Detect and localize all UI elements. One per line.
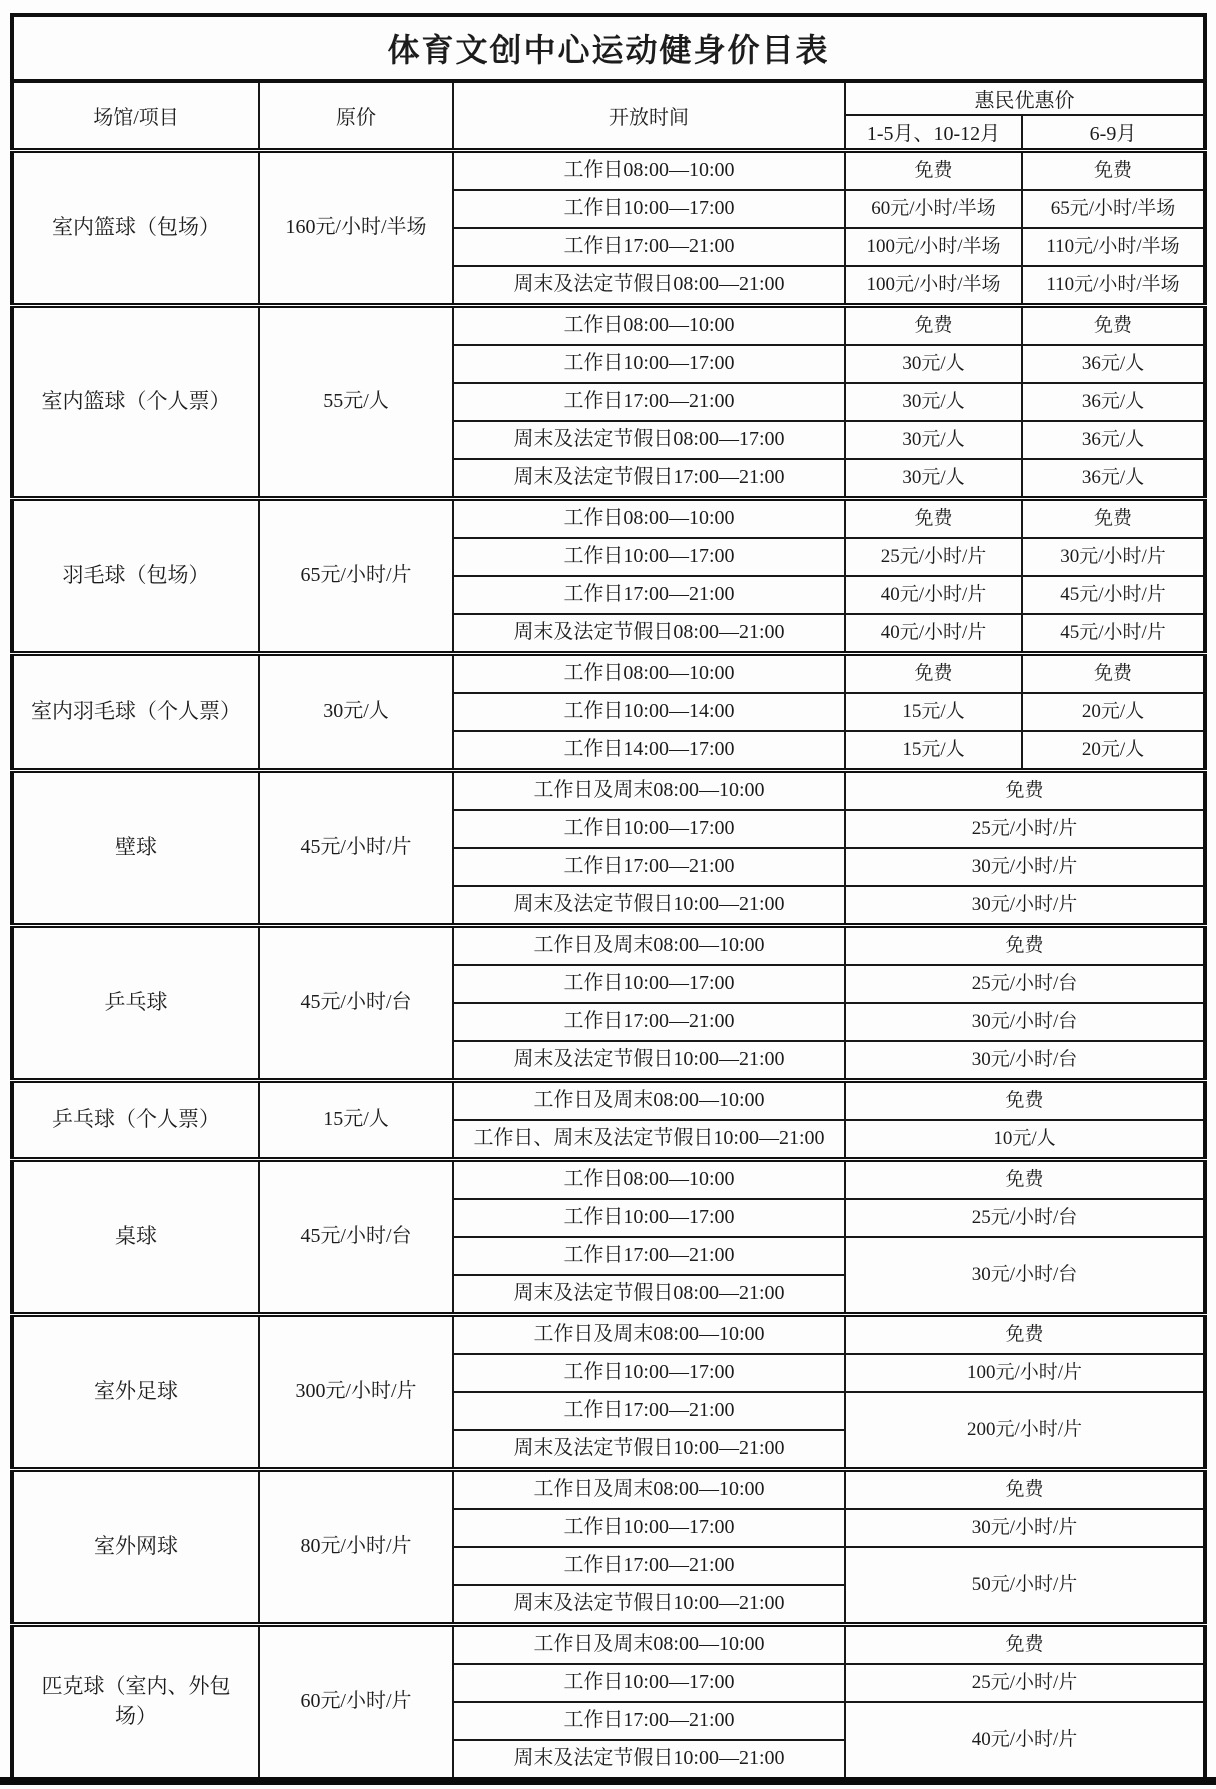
discount-price-period2-cell: 36元/人 (1022, 421, 1205, 459)
opening-time-cell: 工作日08:00—10:00 (453, 1159, 845, 1199)
scanned-price-sheet: 体育文创中心运动健身价目表 场馆/项目 原价 开放时间 惠民优惠价 1-5月、1… (0, 0, 1216, 1789)
discount-price-period1-cell: 30元/人 (845, 421, 1022, 459)
price-row: 壁球45元/小时/片工作日及周末08:00—10:00免费 (12, 770, 1205, 810)
price-row: 室内羽毛球（个人票）30元/人工作日08:00—10:00免费免费 (12, 653, 1205, 693)
bottom-scan-rule (0, 1777, 1216, 1785)
discount-price-cell: 免费 (845, 1159, 1205, 1199)
opening-time-cell: 工作日17:00—21:00 (453, 1003, 845, 1041)
price-row: 匹克球（室内、外包场）60元/小时/片工作日及周末08:00—10:00免费 (12, 1624, 1205, 1664)
price-row: 室外网球80元/小时/片工作日及周末08:00—10:00免费 (12, 1469, 1205, 1509)
original-price-cell: 45元/小时/片 (259, 770, 453, 925)
opening-time-cell: 工作日17:00—21:00 (453, 1237, 845, 1275)
price-row: 乒乓球（个人票）15元/人工作日及周末08:00—10:00免费 (12, 1080, 1205, 1120)
original-price-cell: 80元/小时/片 (259, 1469, 453, 1624)
price-row: 室内篮球（个人票）55元/人工作日08:00—10:00免费免费 (12, 305, 1205, 345)
opening-time-cell: 周末及法定节假日08:00—21:00 (453, 614, 845, 654)
opening-time-cell: 工作日17:00—21:00 (453, 1702, 845, 1740)
discount-price-period1-cell: 30元/人 (845, 459, 1022, 499)
discount-price-period2-cell: 45元/小时/片 (1022, 614, 1205, 654)
opening-time-cell: 周末及法定节假日17:00—21:00 (453, 459, 845, 499)
discount-price-period1-cell: 100元/小时/半场 (845, 266, 1022, 306)
opening-time-cell: 工作日17:00—21:00 (453, 848, 845, 886)
price-row: 室内篮球（包场）160元/小时/半场工作日08:00—10:00免费免费 (12, 150, 1205, 190)
discount-price-cell: 40元/小时/片 (845, 1702, 1205, 1779)
col-header-original-price: 原价 (259, 81, 453, 150)
discount-price-cell: 免费 (845, 1469, 1205, 1509)
discount-price-period2-cell: 免费 (1022, 498, 1205, 538)
discount-price-cell: 30元/小时/片 (845, 1509, 1205, 1547)
discount-price-cell: 50元/小时/片 (845, 1547, 1205, 1625)
discount-price-period2-cell: 20元/人 (1022, 731, 1205, 771)
col-header-period-2: 6-9月 (1022, 115, 1205, 150)
original-price-cell: 45元/小时/台 (259, 1159, 453, 1314)
discount-price-period2-cell: 110元/小时/半场 (1022, 228, 1205, 266)
discount-price-period2-cell: 65元/小时/半场 (1022, 190, 1205, 228)
discount-price-period2-cell: 免费 (1022, 653, 1205, 693)
opening-time-cell: 工作日10:00—17:00 (453, 1199, 845, 1237)
venue-cell: 室内篮球（个人票） (12, 305, 259, 498)
discount-price-period1-cell: 免费 (845, 653, 1022, 693)
discount-price-period1-cell: 30元/人 (845, 345, 1022, 383)
original-price-cell: 300元/小时/片 (259, 1314, 453, 1469)
discount-price-cell: 30元/小时/片 (845, 886, 1205, 926)
opening-time-cell: 工作日及周末08:00—10:00 (453, 925, 845, 965)
opening-time-cell: 周末及法定节假日10:00—21:00 (453, 1740, 845, 1779)
discount-price-cell: 10元/人 (845, 1120, 1205, 1160)
discount-price-period1-cell: 15元/人 (845, 693, 1022, 731)
venue-cell: 乒乓球 (12, 925, 259, 1080)
price-row: 桌球45元/小时/台工作日08:00—10:00免费 (12, 1159, 1205, 1199)
opening-time-cell: 工作日、周末及法定节假日10:00—21:00 (453, 1120, 845, 1160)
discount-price-period1-cell: 免费 (845, 305, 1022, 345)
opening-time-cell: 工作日10:00—17:00 (453, 810, 845, 848)
discount-price-period1-cell: 40元/小时/片 (845, 576, 1022, 614)
discount-price-cell: 25元/小时/片 (845, 1664, 1205, 1702)
opening-time-cell: 工作日及周末08:00—10:00 (453, 1080, 845, 1120)
opening-time-cell: 工作日10:00—17:00 (453, 345, 845, 383)
discount-price-cell: 100元/小时/片 (845, 1354, 1205, 1392)
venue-cell: 乒乓球（个人票） (12, 1080, 259, 1159)
opening-time-cell: 工作日10:00—17:00 (453, 538, 845, 576)
original-price-cell: 15元/人 (259, 1080, 453, 1159)
price-table-body: 室内篮球（包场）160元/小时/半场工作日08:00—10:00免费免费工作日1… (12, 150, 1205, 1779)
discount-price-cell: 25元/小时/台 (845, 1199, 1205, 1237)
venue-cell: 室内羽毛球（个人票） (12, 653, 259, 770)
discount-price-period1-cell: 免费 (845, 150, 1022, 190)
discount-price-period2-cell: 45元/小时/片 (1022, 576, 1205, 614)
venue-cell: 桌球 (12, 1159, 259, 1314)
discount-price-cell: 30元/小时/台 (845, 1237, 1205, 1315)
opening-time-cell: 工作日及周末08:00—10:00 (453, 1624, 845, 1664)
page-title: 体育文创中心运动健身价目表 (12, 15, 1205, 81)
discount-price-period2-cell: 36元/人 (1022, 345, 1205, 383)
opening-time-cell: 周末及法定节假日10:00—21:00 (453, 1585, 845, 1625)
col-header-venue: 场馆/项目 (12, 81, 259, 150)
col-header-discount: 惠民优惠价 (845, 81, 1205, 115)
opening-time-cell: 工作日08:00—10:00 (453, 305, 845, 345)
discount-price-period2-cell: 110元/小时/半场 (1022, 266, 1205, 306)
venue-cell: 羽毛球（包场） (12, 498, 259, 653)
discount-price-period1-cell: 40元/小时/片 (845, 614, 1022, 654)
original-price-cell: 55元/人 (259, 305, 453, 498)
discount-price-period1-cell: 100元/小时/半场 (845, 228, 1022, 266)
discount-price-cell: 30元/小时/台 (845, 1041, 1205, 1081)
opening-time-cell: 工作日10:00—17:00 (453, 190, 845, 228)
price-row: 羽毛球（包场）65元/小时/片工作日08:00—10:00免费免费 (12, 498, 1205, 538)
opening-time-cell: 工作日17:00—21:00 (453, 383, 845, 421)
original-price-cell: 60元/小时/片 (259, 1624, 453, 1779)
discount-price-period2-cell: 30元/小时/片 (1022, 538, 1205, 576)
opening-time-cell: 周末及法定节假日10:00—21:00 (453, 1430, 845, 1470)
venue-cell: 匹克球（室内、外包场） (12, 1624, 259, 1779)
venue-cell: 室外足球 (12, 1314, 259, 1469)
title-row: 体育文创中心运动健身价目表 (12, 15, 1205, 81)
discount-price-period1-cell: 免费 (845, 498, 1022, 538)
discount-price-cell: 免费 (845, 925, 1205, 965)
opening-time-cell: 工作日08:00—10:00 (453, 498, 845, 538)
discount-price-period2-cell: 免费 (1022, 305, 1205, 345)
discount-price-cell: 免费 (845, 1080, 1205, 1120)
discount-price-period1-cell: 60元/小时/半场 (845, 190, 1022, 228)
discount-price-period1-cell: 15元/人 (845, 731, 1022, 771)
opening-time-cell: 周末及法定节假日08:00—21:00 (453, 266, 845, 306)
discount-price-cell: 免费 (845, 770, 1205, 810)
discount-price-cell: 25元/小时/台 (845, 965, 1205, 1003)
opening-time-cell: 工作日及周末08:00—10:00 (453, 1469, 845, 1509)
discount-price-period2-cell: 36元/人 (1022, 383, 1205, 421)
discount-price-period2-cell: 36元/人 (1022, 459, 1205, 499)
opening-time-cell: 工作日08:00—10:00 (453, 653, 845, 693)
opening-time-cell: 工作日17:00—21:00 (453, 1392, 845, 1430)
venue-cell: 室外网球 (12, 1469, 259, 1624)
opening-time-cell: 工作日17:00—21:00 (453, 1547, 845, 1585)
price-table: 体育文创中心运动健身价目表 场馆/项目 原价 开放时间 惠民优惠价 1-5月、1… (10, 13, 1207, 1781)
discount-price-cell: 30元/小时/台 (845, 1003, 1205, 1041)
discount-price-cell: 200元/小时/片 (845, 1392, 1205, 1470)
discount-price-cell: 30元/小时/片 (845, 848, 1205, 886)
venue-cell: 壁球 (12, 770, 259, 925)
opening-time-cell: 工作日14:00—17:00 (453, 731, 845, 771)
price-row: 室外足球300元/小时/片工作日及周末08:00—10:00免费 (12, 1314, 1205, 1354)
discount-price-period2-cell: 免费 (1022, 150, 1205, 190)
opening-time-cell: 周末及法定节假日10:00—21:00 (453, 886, 845, 926)
opening-time-cell: 周末及法定节假日08:00—21:00 (453, 1275, 845, 1315)
opening-time-cell: 工作日及周末08:00—10:00 (453, 770, 845, 810)
discount-price-period1-cell: 25元/小时/片 (845, 538, 1022, 576)
opening-time-cell: 工作日17:00—21:00 (453, 576, 845, 614)
opening-time-cell: 工作日10:00—17:00 (453, 1509, 845, 1547)
opening-time-cell: 工作日10:00—17:00 (453, 1664, 845, 1702)
price-row: 乒乓球45元/小时/台工作日及周末08:00—10:00免费 (12, 925, 1205, 965)
opening-time-cell: 工作日10:00—17:00 (453, 965, 845, 1003)
opening-time-cell: 工作日及周末08:00—10:00 (453, 1314, 845, 1354)
opening-time-cell: 工作日10:00—17:00 (453, 1354, 845, 1392)
discount-price-period1-cell: 30元/人 (845, 383, 1022, 421)
opening-time-cell: 工作日17:00—21:00 (453, 228, 845, 266)
opening-time-cell: 工作日10:00—14:00 (453, 693, 845, 731)
discount-price-cell: 免费 (845, 1314, 1205, 1354)
discount-price-period2-cell: 20元/人 (1022, 693, 1205, 731)
discount-price-cell: 25元/小时/片 (845, 810, 1205, 848)
original-price-cell: 160元/小时/半场 (259, 150, 453, 305)
original-price-cell: 65元/小时/片 (259, 498, 453, 653)
opening-time-cell: 工作日08:00—10:00 (453, 150, 845, 190)
original-price-cell: 30元/人 (259, 653, 453, 770)
col-header-opening-hours: 开放时间 (453, 81, 845, 150)
venue-cell: 室内篮球（包场） (12, 150, 259, 305)
opening-time-cell: 周末及法定节假日08:00—17:00 (453, 421, 845, 459)
opening-time-cell: 周末及法定节假日10:00—21:00 (453, 1041, 845, 1081)
original-price-cell: 45元/小时/台 (259, 925, 453, 1080)
col-header-period-1: 1-5月、10-12月 (845, 115, 1022, 150)
header-row: 场馆/项目 原价 开放时间 惠民优惠价 (12, 81, 1205, 115)
discount-price-cell: 免费 (845, 1624, 1205, 1664)
